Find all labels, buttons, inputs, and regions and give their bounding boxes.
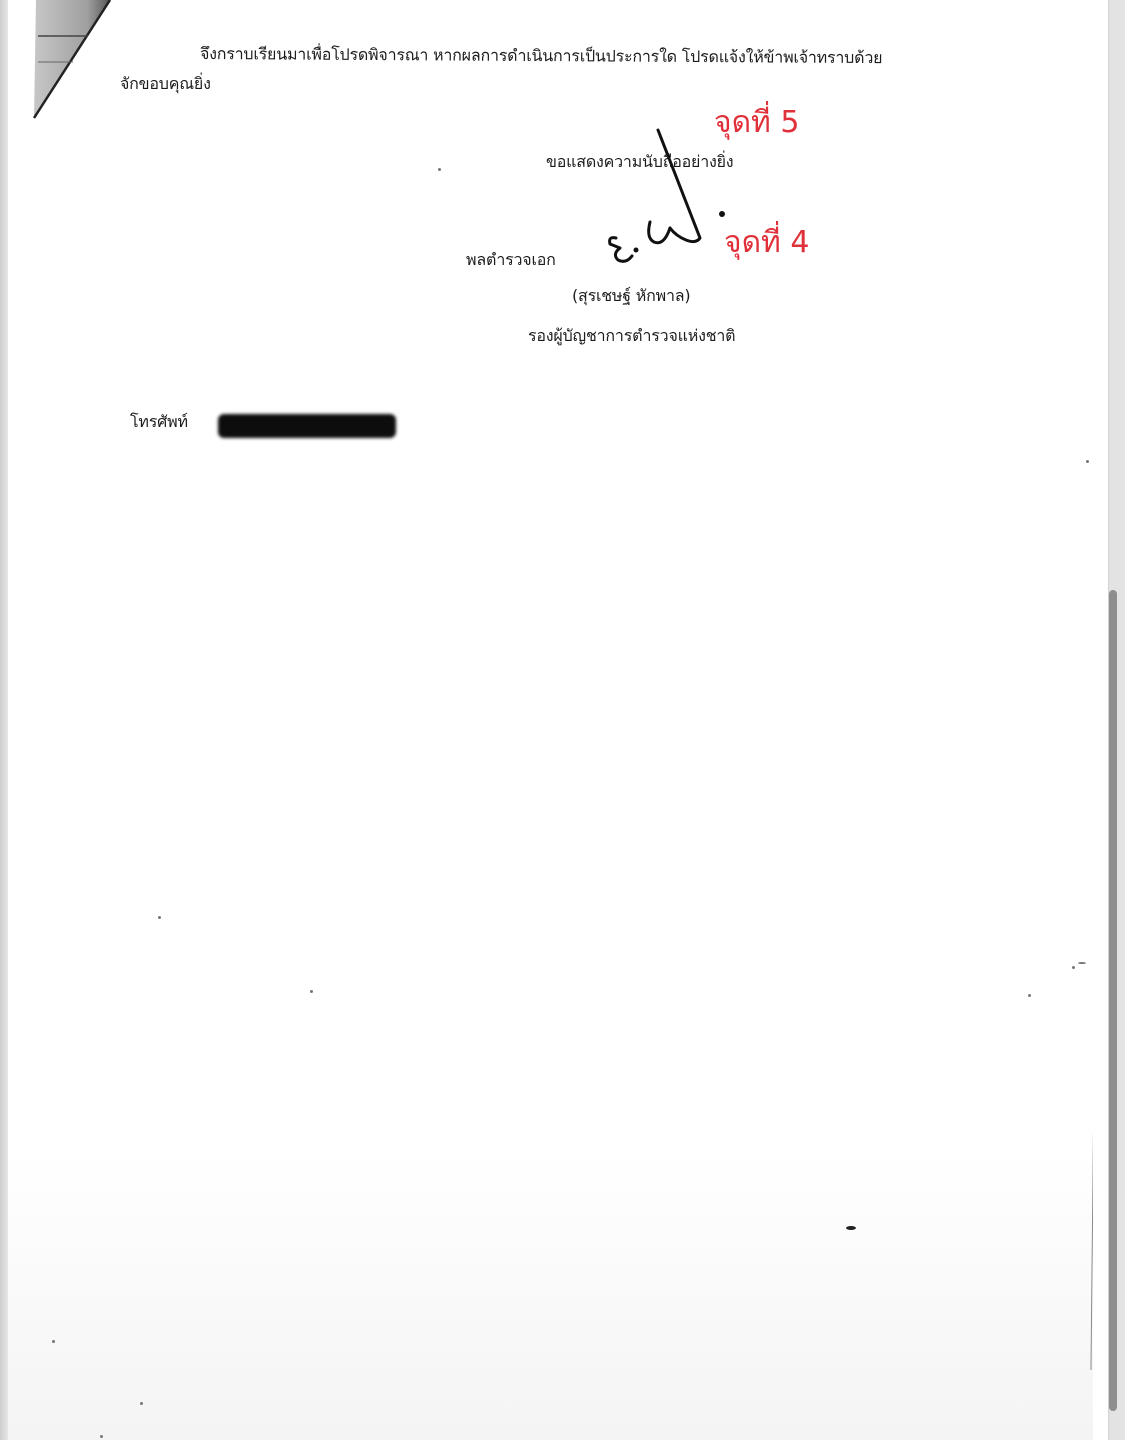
scan-speck	[1078, 962, 1086, 964]
viewer-left-gutter	[0, 0, 8, 1440]
closing-paragraph-line-2: จักขอบคุณยิ่ง	[120, 74, 211, 94]
annotation-point-5: จุดที่ 5	[714, 106, 799, 140]
closing-paragraph-line-1: จึงกราบเรียนมาเพื่อโปรดพิจารณา หากผลการด…	[200, 44, 882, 68]
scan-speck	[1028, 994, 1031, 997]
phone-label: โทรศัพท์	[130, 412, 188, 432]
signatory-rank: พลตำรวจเอก	[466, 250, 556, 270]
document-page: จึงกราบเรียนมาเพื่อโปรดพิจารณา หากผลการด…	[8, 0, 1093, 1440]
scan-speck	[438, 168, 441, 171]
scan-speck	[846, 1226, 856, 1230]
phone-number-redaction	[218, 414, 396, 438]
scan-speck	[52, 1340, 55, 1343]
signatory-name: (สุรเชษฐ์ หักพาล)	[572, 286, 690, 306]
scan-speck	[1072, 966, 1075, 969]
handwritten-signature	[598, 120, 738, 280]
scan-speck	[1086, 460, 1089, 463]
signatory-position: รองผู้บัญชาการตำรวจแห่งชาติ	[528, 326, 735, 346]
scan-speck	[100, 1435, 103, 1438]
scrollbar-thumb[interactable]	[1109, 590, 1117, 1411]
scan-speck	[140, 1402, 143, 1405]
scan-edge-line	[1090, 460, 1093, 1370]
folded-corner-shadow	[28, 0, 118, 120]
annotation-point-4: จุดที่ 4	[724, 226, 809, 260]
scan-speck	[310, 990, 313, 993]
scan-speck	[158, 916, 161, 919]
